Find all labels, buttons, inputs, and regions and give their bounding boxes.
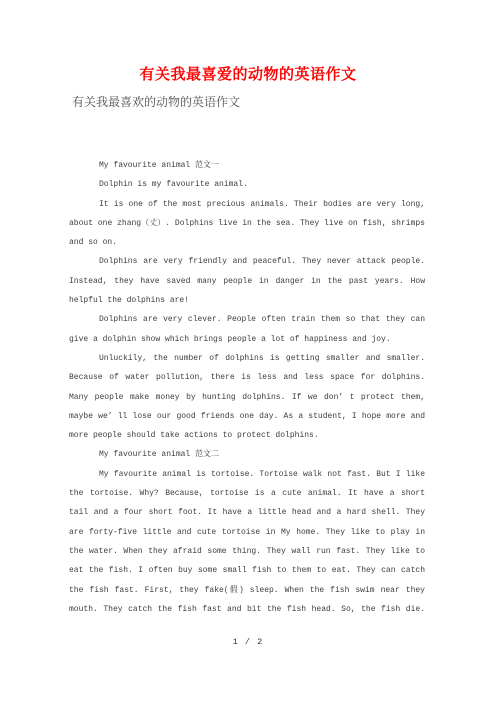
text-line: helpful the dolphins are! xyxy=(69,291,425,310)
document-subtitle: 有关我最喜欢的动物的英语作文 xyxy=(72,94,240,111)
text-line: the fish fast. First, they fake(假) sleep… xyxy=(69,581,425,600)
text-line: the tortoise. Why? Because, tortoise is … xyxy=(69,484,425,503)
text-line: about one zhang（丈）. Dolphins live in the… xyxy=(69,214,425,233)
text-line: eat the fish. I often buy some small fis… xyxy=(69,561,425,580)
text-line: Dolphins are very clever. People often t… xyxy=(69,310,425,329)
text-line: give a dolphin show which brings people … xyxy=(69,330,425,349)
text-line: My favourite animal is tortoise. Tortois… xyxy=(69,465,425,484)
page-number-indicator: 1 / 2 xyxy=(0,637,496,647)
text-line: My favourite animal 范文一 xyxy=(69,156,425,175)
text-line: and so on. xyxy=(69,233,425,252)
text-line: more people should take actions to prote… xyxy=(69,426,425,445)
document-title: 有关我最喜爱的动物的英语作文 xyxy=(0,63,496,85)
text-line: It is one of the most precious animals. … xyxy=(69,195,425,214)
text-line: Instead, they have saved many people in … xyxy=(69,272,425,291)
text-line: maybe we’ ll lose our good friends one d… xyxy=(69,407,425,426)
text-line: My favourite animal 范文二 xyxy=(69,445,425,464)
text-line: Dolphins are very friendly and peaceful.… xyxy=(69,252,425,271)
text-line: the water. When they afraid some thing. … xyxy=(69,542,425,561)
text-line: tail and a four short foot. It have a li… xyxy=(69,503,425,522)
document-body: My favourite animal 范文一Dolphin is my fav… xyxy=(69,156,425,619)
text-line: Many people make money by hunting dolphi… xyxy=(69,388,425,407)
text-line: Dolphin is my favourite animal. xyxy=(69,175,425,194)
text-line: Because of water pollution, there is les… xyxy=(69,368,425,387)
text-line: Unluckily, the number of dolphins is get… xyxy=(69,349,425,368)
document-page: 有关我最喜爱的动物的英语作文 有关我最喜欢的动物的英语作文 My favouri… xyxy=(0,0,496,702)
text-line: are forty-five little and cute tortoise … xyxy=(69,523,425,542)
text-line: mouth. They catch the fish fast and bit … xyxy=(69,600,425,619)
